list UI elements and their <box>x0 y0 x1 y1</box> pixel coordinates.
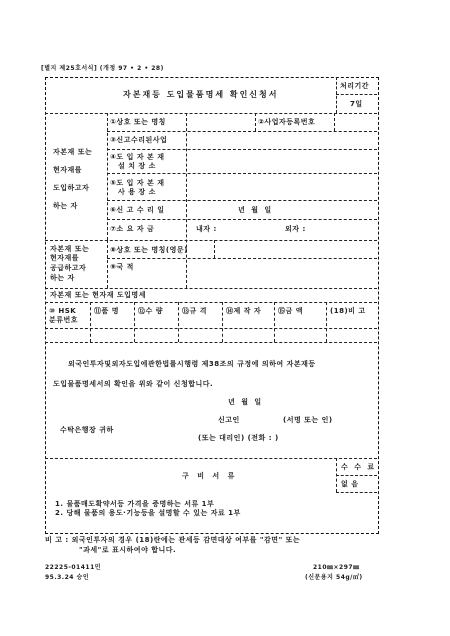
col-header-quantity: ⑫수 량 <box>138 307 163 316</box>
form-title: 자본재등 도입물품명세 확인신청서 <box>123 90 279 99</box>
divider <box>107 219 377 220</box>
declaration-line-2: 도입물품명세서의 확인을 위와 같이 신청합니다. <box>53 380 213 389</box>
divider <box>45 342 377 343</box>
divider <box>336 475 377 476</box>
col-header-manufacturer: ⑭제 작 자 <box>226 307 261 316</box>
paper-type: (신문용지 54g/㎡) <box>305 573 363 582</box>
fee-value: 없 음 <box>341 480 358 489</box>
processing-period-label: 처리기간 <box>340 82 369 91</box>
divider <box>107 240 108 288</box>
use-location-label-1: ⑤도 입 자 본 재 <box>110 179 165 188</box>
divider <box>214 240 215 258</box>
supplier-group-label-3: 공급하고자 <box>50 264 86 273</box>
declaration-date[interactable]: 년 월 일 <box>228 398 263 407</box>
document-item-1: 1. 물품매도확약서등 가격을 증명하는 서류 1부 <box>55 500 214 509</box>
divider <box>107 200 377 201</box>
items-section-label: 자본재 또는 현자재 도입명세 <box>50 291 146 300</box>
divider <box>336 492 377 493</box>
nationality-label: ⑨국 적 <box>110 263 134 272</box>
note-line-1: 비 고 : 외국인투자의 경우 (18)란에는 관세등 감면대상 여부를 "감면… <box>45 536 300 545</box>
applicant-group-label-3: 도입하고자 <box>53 184 89 193</box>
col-header-spec: ⑬규 격 <box>182 307 207 316</box>
supplier-name-field[interactable] <box>216 241 376 257</box>
supplier-name-label: ⑧상호 또는 명칭(영문) <box>110 246 188 255</box>
col-header-amount: ⑮금 액 <box>278 307 303 316</box>
divider <box>107 113 108 240</box>
install-location-field[interactable] <box>188 150 376 172</box>
approval-date: 95.3.24 승인 <box>45 573 89 582</box>
reported-business-label: ③신고수리된사업 <box>110 136 167 145</box>
supplier-group-label-4: 하는 자 <box>50 274 75 283</box>
nationality-field[interactable] <box>188 259 376 287</box>
signature-field[interactable]: (서명 또는 인) <box>283 416 333 425</box>
document-item-2: 2. 당해 물품의 용도·기능등을 설명할 수 있는 자료 1부 <box>55 509 241 518</box>
install-location-label-1: ④도 입 자 본 재 <box>110 153 165 162</box>
form-reference: [별지 제25호서식] (개정 97 • 2 • 28) <box>41 64 164 73</box>
col-header-hsk: ⑩ HSK <box>49 307 76 316</box>
applicant-group-label-2: 현자재를 <box>53 166 82 175</box>
business-number-field[interactable] <box>336 114 376 130</box>
business-number-label: ②사업자등록번호 <box>258 118 315 127</box>
company-name-label: ①상호 또는 명칭 <box>110 118 166 127</box>
install-location-label-2: 설 치 장 소 <box>118 162 156 171</box>
use-location-label-2: 사 용 장 소 <box>118 188 156 197</box>
required-funds-label: ⑦소 요 자 금 <box>110 225 154 234</box>
report-date-value[interactable]: 년 월 일 <box>238 206 273 215</box>
applicant-group-label-4: 하는 자 <box>53 202 78 211</box>
divider <box>45 288 377 289</box>
form-code: 22225-01411민 <box>45 563 101 572</box>
divider <box>334 113 335 131</box>
documents-title: 구 비 서 류 <box>182 472 237 481</box>
declaration-line-1: 외국인투자및외자도입에관한법률시행령 제38조의 규정에 의하여 자본재등 <box>68 360 316 369</box>
divider <box>255 113 256 131</box>
col-header-remarks: (18)비 고 <box>330 307 366 316</box>
use-location-field[interactable] <box>188 174 376 199</box>
supplier-group-label-2: 현자재를 <box>50 254 79 263</box>
supplier-group-label-1: 자본재 또는 <box>50 245 89 254</box>
col-header-hsk-line2: 분류번호 <box>49 316 78 325</box>
foreign-funds-label[interactable]: 외자 : <box>285 225 306 234</box>
processing-period-value: 7일 <box>350 100 363 109</box>
addressee: 수탁은행장 귀하 <box>60 426 114 435</box>
paper-size: 210㎜×297㎜ <box>313 563 360 572</box>
fee-label: 수 수 료 <box>341 463 376 472</box>
divider <box>336 77 337 113</box>
item-row[interactable] <box>46 329 376 341</box>
domestic-funds-label[interactable]: 내자 : <box>196 225 217 234</box>
company-name-field[interactable] <box>188 114 254 130</box>
divider <box>336 94 377 95</box>
col-header-item-name: ⑪품 명 <box>94 307 119 316</box>
applicant-label: 신고인 <box>218 416 240 425</box>
divider <box>45 302 377 303</box>
reported-business-field[interactable] <box>188 132 376 148</box>
report-date-label: ⑥신 고 수 리 일 <box>110 206 165 215</box>
applicant-group-label-1: 자본재 또는 <box>53 148 92 157</box>
agent-phone-field[interactable]: (또는 대리인) (전화 : ) <box>198 434 279 443</box>
note-line-2: "과세"로 표시하여야 합니다. <box>79 546 176 555</box>
divider <box>45 458 377 459</box>
